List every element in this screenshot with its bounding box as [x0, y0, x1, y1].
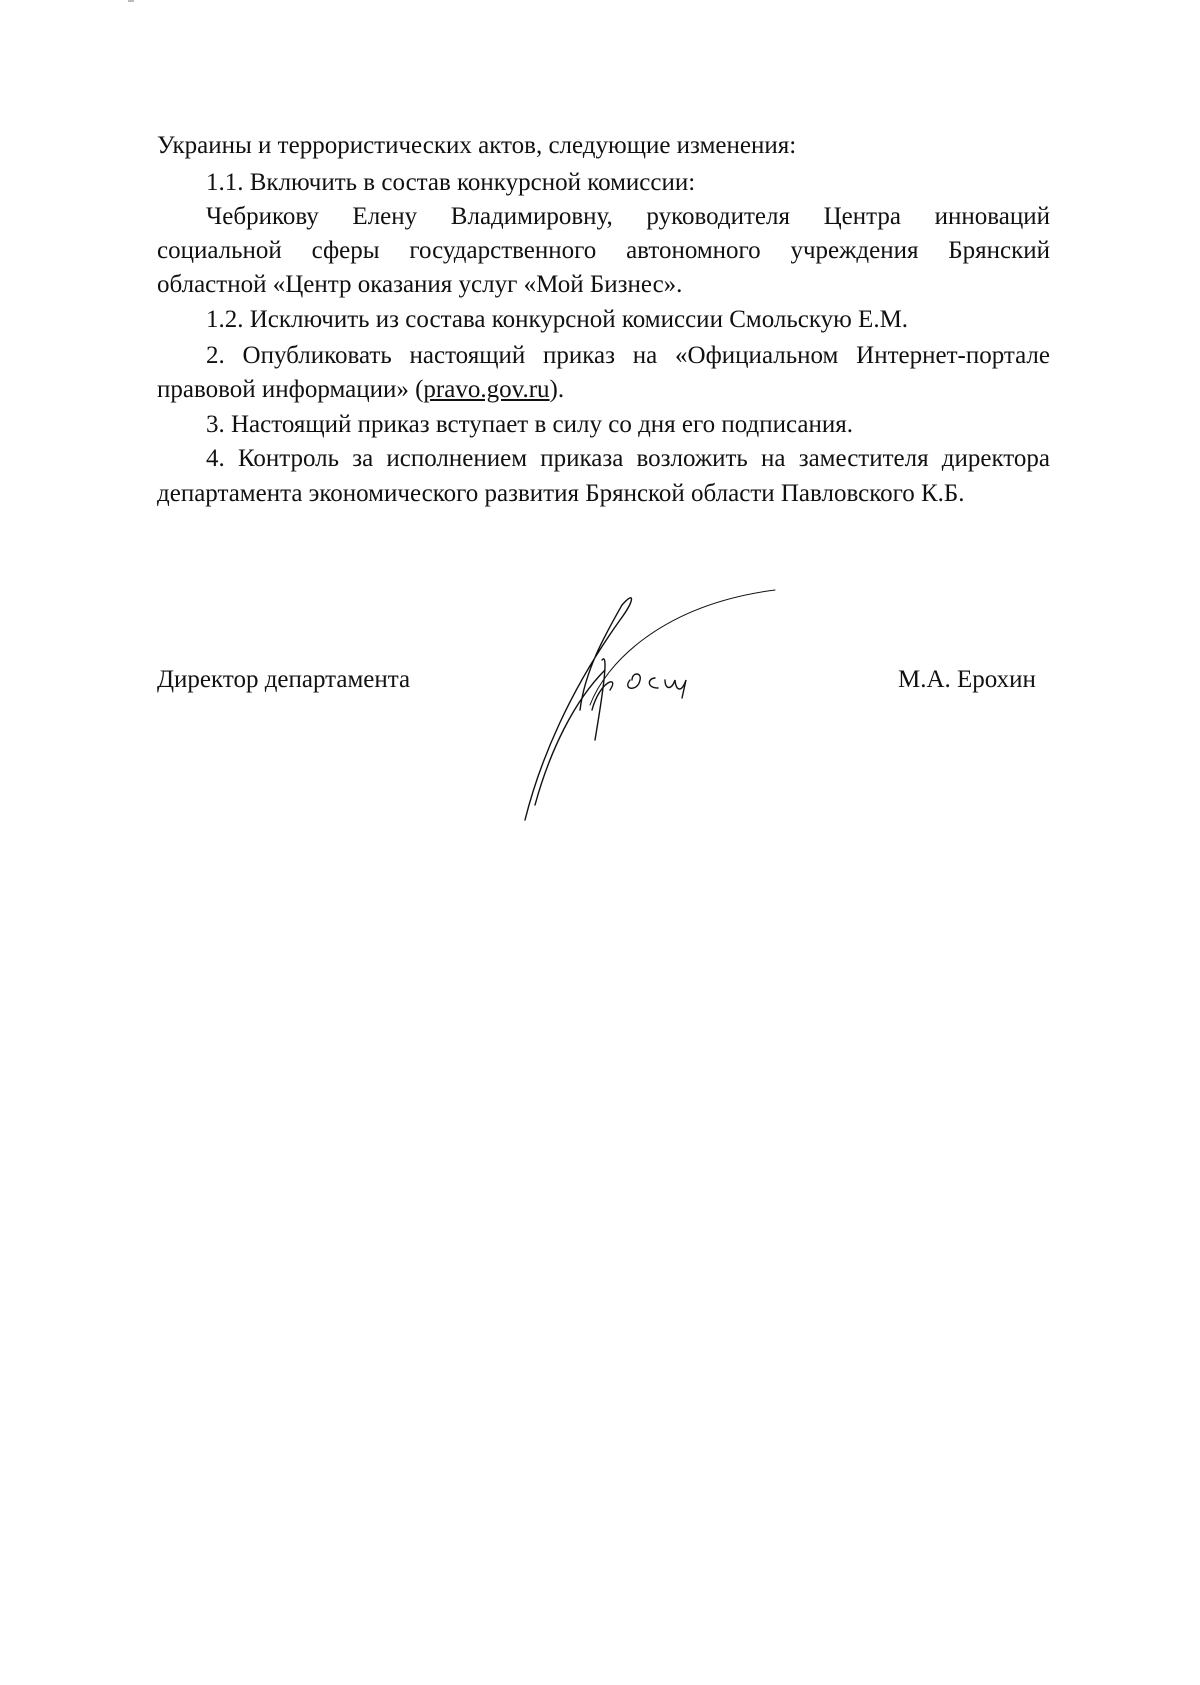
item-3: 3. Настоящий приказ вступает в силу со д… — [206, 410, 1050, 440]
item-2-line-2: правовой информации» (pravo.gov.ru). — [157, 375, 1050, 405]
item-4-line-1: 4. Контроль за исполнением приказа возло… — [206, 444, 1050, 474]
item-2-tail: ). — [550, 376, 565, 403]
pravo-gov-link[interactable]: pravo.gov.ru — [423, 376, 549, 403]
paragraph-intro-line: Украины и террористических актов, следую… — [157, 131, 1050, 161]
item-2-line-1: 2. Опубликовать настоящий приказ на «Офи… — [206, 341, 1050, 371]
item-1-2: 1.2. Исключить из состава конкурсной ком… — [206, 305, 1050, 335]
item-1-1-detail-line-1: Чебрикову Елену Владимировну, руководите… — [206, 202, 1050, 232]
item-1-1-detail-line-3: областной «Центр оказания услуг «Мой Биз… — [157, 270, 1050, 300]
document-page: Украины и террористических актов, следую… — [0, 0, 1200, 1685]
item-2-text: правовой информации» ( — [157, 376, 423, 403]
handwritten-signature — [510, 580, 790, 830]
scan-mark — [128, 0, 134, 2]
item-4-line-2: департамента экономического развития Бря… — [157, 479, 1050, 509]
item-1-1-detail-line-2: социальной сферы государственного автоно… — [157, 236, 1050, 266]
item-1-1: 1.1. Включить в состав конкурсной комисс… — [206, 168, 1050, 198]
signer-position: Директор департамента — [157, 665, 410, 695]
signer-name: М.А. Ерохин — [898, 665, 1036, 695]
